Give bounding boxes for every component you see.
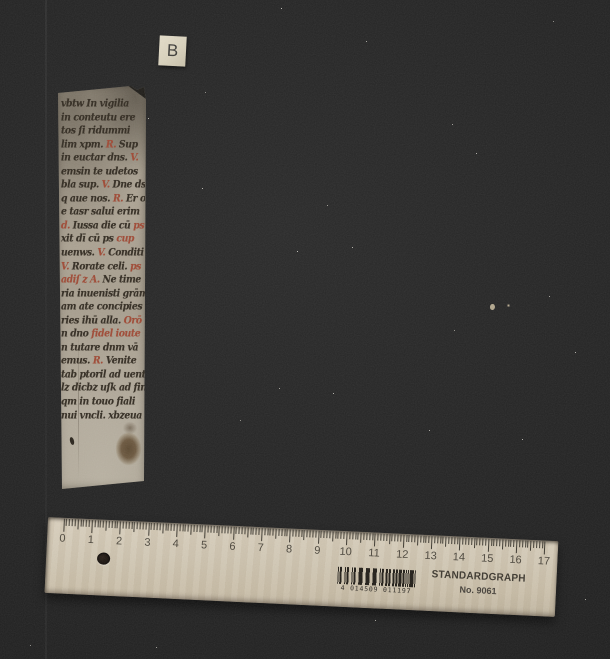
ruler-tick [94, 520, 95, 527]
ruler-tick [519, 540, 520, 547]
ruler-tick [530, 541, 531, 551]
ruler-tick [309, 530, 310, 537]
ruler-tick [63, 519, 65, 532]
ink-text: bla sup. [61, 179, 102, 191]
ruler-number: 5 [201, 539, 208, 551]
rubric-text: cup [116, 234, 134, 246]
ruler-tick [174, 524, 175, 531]
ruler-tick [216, 526, 217, 533]
ruler-tick [171, 524, 172, 531]
ruler-tick [426, 536, 427, 543]
barcode: 4 014509 011197 [337, 567, 416, 596]
ruler-tick [103, 521, 104, 528]
ruler-tick [377, 534, 378, 541]
ruler-tick [117, 521, 118, 528]
ink-text: xit dī cū ps [61, 234, 116, 246]
ruler-tick [119, 521, 121, 534]
ruler-tick [335, 532, 336, 539]
ruler-tick [253, 528, 254, 535]
ink-text: Venite [103, 355, 136, 367]
ruler-number: 11 [368, 547, 380, 560]
ink-text: q aue nos. [61, 193, 113, 205]
rubric-text: V. [130, 152, 138, 164]
ruler-number: 6 [229, 541, 236, 553]
manuscript-line: vbtw In vigilia [59, 97, 145, 112]
ruler-tick [97, 520, 98, 527]
ruler-number: 2 [116, 535, 123, 547]
ruler-tick [502, 539, 503, 549]
ruler-tick [199, 525, 200, 532]
ruler-tick [525, 540, 526, 547]
ruler-tick [72, 519, 73, 526]
ruler-tick [479, 538, 480, 545]
ruler-tick [315, 531, 316, 538]
ink-text: Er oste [123, 193, 145, 205]
ruler-tick [369, 533, 370, 540]
ink-text: Conditi [105, 247, 143, 259]
ruler-tick [66, 519, 67, 526]
ruler-tick [128, 522, 129, 529]
rubric-text: R. [106, 139, 116, 151]
ruler-tick [86, 520, 87, 527]
ruler-model: No. 9061 [429, 583, 527, 598]
ink-text: lz dicbz uſk ad fin [61, 383, 145, 395]
ruler: 01234567891011121314151617 4 014509 0111… [44, 517, 558, 617]
ruler-tick [258, 528, 259, 535]
ink-text: Ne time [100, 274, 141, 286]
ruler-tick [105, 521, 106, 531]
ruler-brand: STANDARDGRAPH [429, 569, 527, 585]
ink-text: am ate concipies in [61, 301, 145, 313]
ruler-tick [137, 522, 138, 529]
ink-text: n tutare dnm vā [61, 342, 138, 354]
ruler-tick [392, 534, 393, 541]
manuscript-line: lz dicbz uſk ad fin [59, 381, 145, 396]
ruler-number: 1 [87, 534, 94, 546]
ruler-number: 13 [424, 550, 437, 563]
ruler-tick [208, 526, 209, 533]
ruler-number: 0 [59, 533, 66, 545]
ruler-tick [360, 533, 361, 543]
ruler-tick [363, 533, 364, 540]
ruler-tick [445, 537, 446, 547]
ruler-tick [420, 536, 421, 543]
ink-text: tab ptoril ad uentū [61, 369, 145, 381]
ink-text: Sup [116, 139, 138, 151]
manuscript-line: e tasr salui erim [59, 205, 145, 220]
ruler-tick [428, 536, 429, 543]
ruler-tick [244, 527, 245, 534]
ruler-tick [304, 530, 305, 540]
ruler-tick [233, 527, 235, 540]
ruler-tick [83, 520, 84, 527]
ruler-number: 3 [144, 537, 151, 549]
dust-specks [0, 0, 1, 1]
ruler-tick [459, 537, 461, 550]
stain-large [112, 429, 145, 473]
ruler-number: 8 [286, 543, 293, 555]
manuscript-line: emus. R. Venite [59, 354, 145, 369]
ruler-tick [329, 531, 330, 538]
ruler-tick [148, 523, 150, 536]
ruler-tick [488, 539, 490, 552]
ruler-tick [542, 541, 543, 548]
ruler-tick [338, 532, 339, 539]
ruler-tick [289, 529, 291, 542]
ruler-tick [411, 535, 412, 542]
ruler-tick [134, 522, 135, 532]
manuscript-line: qm in touo fiali [59, 395, 145, 410]
ruler-tick [462, 538, 463, 545]
ruler-tick [185, 524, 186, 531]
ruler-number: 9 [314, 545, 321, 557]
ruler-tick [528, 541, 529, 548]
manuscript-line: am ate concipies in [59, 300, 145, 315]
ruler-tick [281, 529, 282, 536]
ruler-tick [227, 526, 228, 533]
ruler-tick [142, 522, 143, 529]
ruler-tick [287, 529, 288, 536]
ruler-tick [230, 527, 231, 534]
ruler-tick [417, 535, 418, 545]
ruler-tick [533, 541, 534, 548]
ruler-tick [284, 529, 285, 536]
ruler-tick [145, 523, 146, 530]
ruler-tick [437, 536, 438, 543]
manuscript-line: V. Rorate celi. ps [59, 260, 145, 275]
ruler-tick [100, 520, 101, 527]
ruler-tick [491, 539, 492, 546]
ruler-number: 7 [257, 542, 264, 554]
ruler-tick [264, 528, 265, 535]
ruler-tick [414, 535, 415, 542]
ruler-tick [508, 540, 509, 547]
manuscript-line: in conteutu ere [59, 111, 145, 126]
rubric-text: Orō [124, 315, 142, 327]
rubric-text: R. [93, 355, 103, 367]
ruler-tick [516, 540, 518, 553]
ink-text: uenws. [61, 247, 97, 259]
ruler-tick [275, 529, 276, 539]
ruler-tick [324, 531, 325, 538]
ruler-number: 17 [537, 555, 550, 568]
ruler-tick [326, 531, 327, 538]
rubric-text: R. [113, 193, 123, 205]
ruler-tick [372, 533, 373, 540]
ruler-tick [451, 537, 452, 544]
ruler-tick [343, 532, 344, 539]
ruler-tick [505, 540, 506, 547]
ruler-tick [74, 519, 75, 526]
ruler-number: 12 [396, 548, 409, 561]
ruler-tick [236, 527, 237, 534]
ruler-tick [386, 534, 387, 541]
ruler-tick [341, 532, 342, 539]
rubric-text: d. [61, 220, 70, 232]
ruler-tick [295, 530, 296, 537]
ruler-tick [111, 521, 112, 528]
manuscript-line: uenws. V. Conditi [59, 246, 145, 261]
rubric-text: V. [61, 261, 69, 273]
ruler-ticks [48, 517, 558, 541]
ruler-tick [222, 526, 223, 533]
ruler-tick [522, 540, 523, 547]
ruler-tick [270, 528, 271, 535]
ink-text: Rorate celi. [69, 261, 130, 273]
ruler-tick [247, 527, 248, 537]
ruler-tick [301, 530, 302, 537]
ink-text: e tasr salui erim [61, 206, 140, 218]
ruler-tick [77, 519, 78, 529]
ruler-tick [140, 522, 141, 529]
ruler-tick [267, 528, 268, 535]
ruler-tick [457, 537, 458, 544]
ruler-tick [511, 540, 512, 547]
ink-text: emus. [61, 355, 93, 367]
ruler-number: 14 [453, 551, 466, 564]
label-b-text: B [166, 41, 178, 62]
ink-text: Dne ds [110, 179, 145, 191]
ruler-tick [400, 535, 401, 542]
ruler-tick [108, 521, 109, 528]
ruler-tick [273, 529, 274, 536]
manuscript-line: adiſ z A. Ne time [59, 273, 145, 288]
ruler-tick [536, 541, 537, 548]
ruler-tick [225, 526, 226, 533]
ruler-tick [202, 525, 203, 532]
ruler-tick [468, 538, 469, 545]
ruler-tick [250, 528, 251, 535]
ruler-tick [397, 534, 398, 541]
ink-text: ries ihū alla. [61, 315, 124, 327]
ruler-tick [434, 536, 435, 543]
ruler-tick [355, 532, 356, 539]
ruler-tick [454, 537, 455, 544]
ruler-tick [179, 524, 180, 531]
ruler-tick [443, 537, 444, 544]
fold-corner [127, 85, 146, 99]
ink-text: emsin te udetos [61, 166, 138, 178]
ruler-tick [131, 522, 132, 529]
ruler-number: 16 [509, 554, 522, 567]
ruler-tick [312, 530, 313, 537]
manuscript-line: tos ſi ridummi [59, 124, 145, 139]
ruler-tick [256, 528, 257, 535]
label-b: B [158, 35, 187, 66]
ruler-tick [89, 520, 90, 527]
ruler-tick [499, 539, 500, 546]
manuscript-text: vbtw In vigiliain conteutu eretos ſi rid… [59, 97, 145, 422]
ruler-tick [474, 538, 475, 548]
ruler-number: 4 [172, 538, 179, 550]
ink-text: Iussa die cū [70, 220, 133, 232]
ruler-tick [154, 523, 155, 530]
ruler-tick [165, 524, 166, 531]
ruler-tick [292, 530, 293, 537]
ink-text: qm in touo fiali [61, 396, 135, 408]
ruler-tick [409, 535, 410, 542]
ruler-tick [352, 532, 353, 539]
ruler-tick [423, 536, 424, 543]
ruler-tick [278, 529, 279, 536]
ruler-tick [513, 540, 514, 547]
rubric-text: fidel ioute [91, 328, 140, 340]
ruler-tick [406, 535, 407, 542]
ruler-tick [190, 525, 191, 535]
ruler-tick [196, 525, 197, 532]
ruler-tick [321, 531, 322, 538]
ruler-tick [358, 533, 359, 540]
ruler-tick [374, 533, 376, 546]
ruler-tick [465, 538, 466, 545]
rubric-text: ps [130, 261, 141, 273]
ruler-tick [168, 524, 169, 531]
ruler-tick [213, 526, 214, 533]
ruler-tick [332, 531, 333, 541]
rubric-text: adiſ z A. [61, 274, 100, 286]
ruler-tick [114, 521, 115, 528]
manuscript-fragment: vbtw In vigiliain conteutu eretos ſi rid… [57, 85, 146, 489]
ruler-tick [204, 525, 206, 538]
ruler-tick [349, 532, 350, 539]
ruler-tick [318, 531, 320, 544]
ink-text: in conteutu ere [61, 112, 135, 124]
ruler-tick [182, 524, 183, 531]
ruler-tick [242, 527, 243, 534]
ruler-tick [440, 536, 441, 543]
ruler-tick [80, 520, 81, 527]
paper-fleck [489, 304, 495, 311]
ruler-tick [125, 522, 126, 529]
ruler-tick [219, 526, 220, 536]
parchment-crease [78, 330, 79, 480]
manuscript-line: in euctar dns. V. [59, 151, 145, 166]
ruler-tick [123, 522, 124, 529]
ruler-tick [403, 535, 405, 548]
ink-text: n dno [61, 328, 91, 340]
ruler-tick [210, 526, 211, 533]
ruler-tick [261, 528, 263, 541]
ruler-tick [431, 536, 433, 549]
ruler-tick [383, 534, 384, 541]
ruler-tick [394, 534, 395, 541]
ruler-tick [151, 523, 152, 530]
ruler-tick [239, 527, 240, 534]
ink-text: lim xpm. [61, 139, 106, 151]
ruler-tick [188, 525, 189, 532]
ruler-hole [97, 552, 111, 565]
ink-text: vbtw In vigilia [61, 98, 129, 110]
ruler-tick [307, 530, 308, 537]
ruler-tick [193, 525, 194, 532]
ruler-tick [69, 519, 70, 526]
ruler-tick [298, 530, 299, 537]
ruler-tick [544, 541, 546, 554]
manuscript-line: bla sup. V. Dne ds [59, 178, 145, 193]
ruler-tick [366, 533, 367, 540]
photo-backdrop: B vbtw In vigiliain conteutu eretos ſi r… [0, 0, 610, 659]
ruler-number: 15 [481, 552, 494, 565]
ruler-tick [346, 532, 348, 545]
ink-speck [69, 437, 75, 446]
ink-text: ria inuenisti grām [61, 288, 145, 300]
ink-text: tos ſi ridummi [61, 125, 130, 137]
manuscript-line: xit dī cū ps cup [59, 232, 145, 247]
ruler-tick [496, 539, 497, 546]
ruler-tick [471, 538, 472, 545]
ruler-tick [380, 534, 381, 541]
ruler-tick [176, 524, 178, 537]
ruler-number: 10 [339, 546, 352, 559]
ruler-tick [157, 523, 158, 530]
ruler-tick [482, 538, 483, 545]
ruler-tick [159, 523, 160, 530]
rubric-text: V. [102, 179, 110, 191]
ruler-tick [389, 534, 390, 544]
ruler-tick [477, 538, 478, 545]
ruler-tick [485, 539, 486, 546]
ink-text: in euctar dns. [61, 152, 130, 164]
ruler-tick [162, 523, 163, 533]
rubric-text: ps [133, 220, 144, 232]
ruler-tick [539, 541, 540, 548]
manuscript-line: n dno fidel ioute [59, 327, 145, 342]
ruler-tick [494, 539, 495, 546]
ruler-tick [448, 537, 449, 544]
ruler-tick [91, 520, 93, 533]
